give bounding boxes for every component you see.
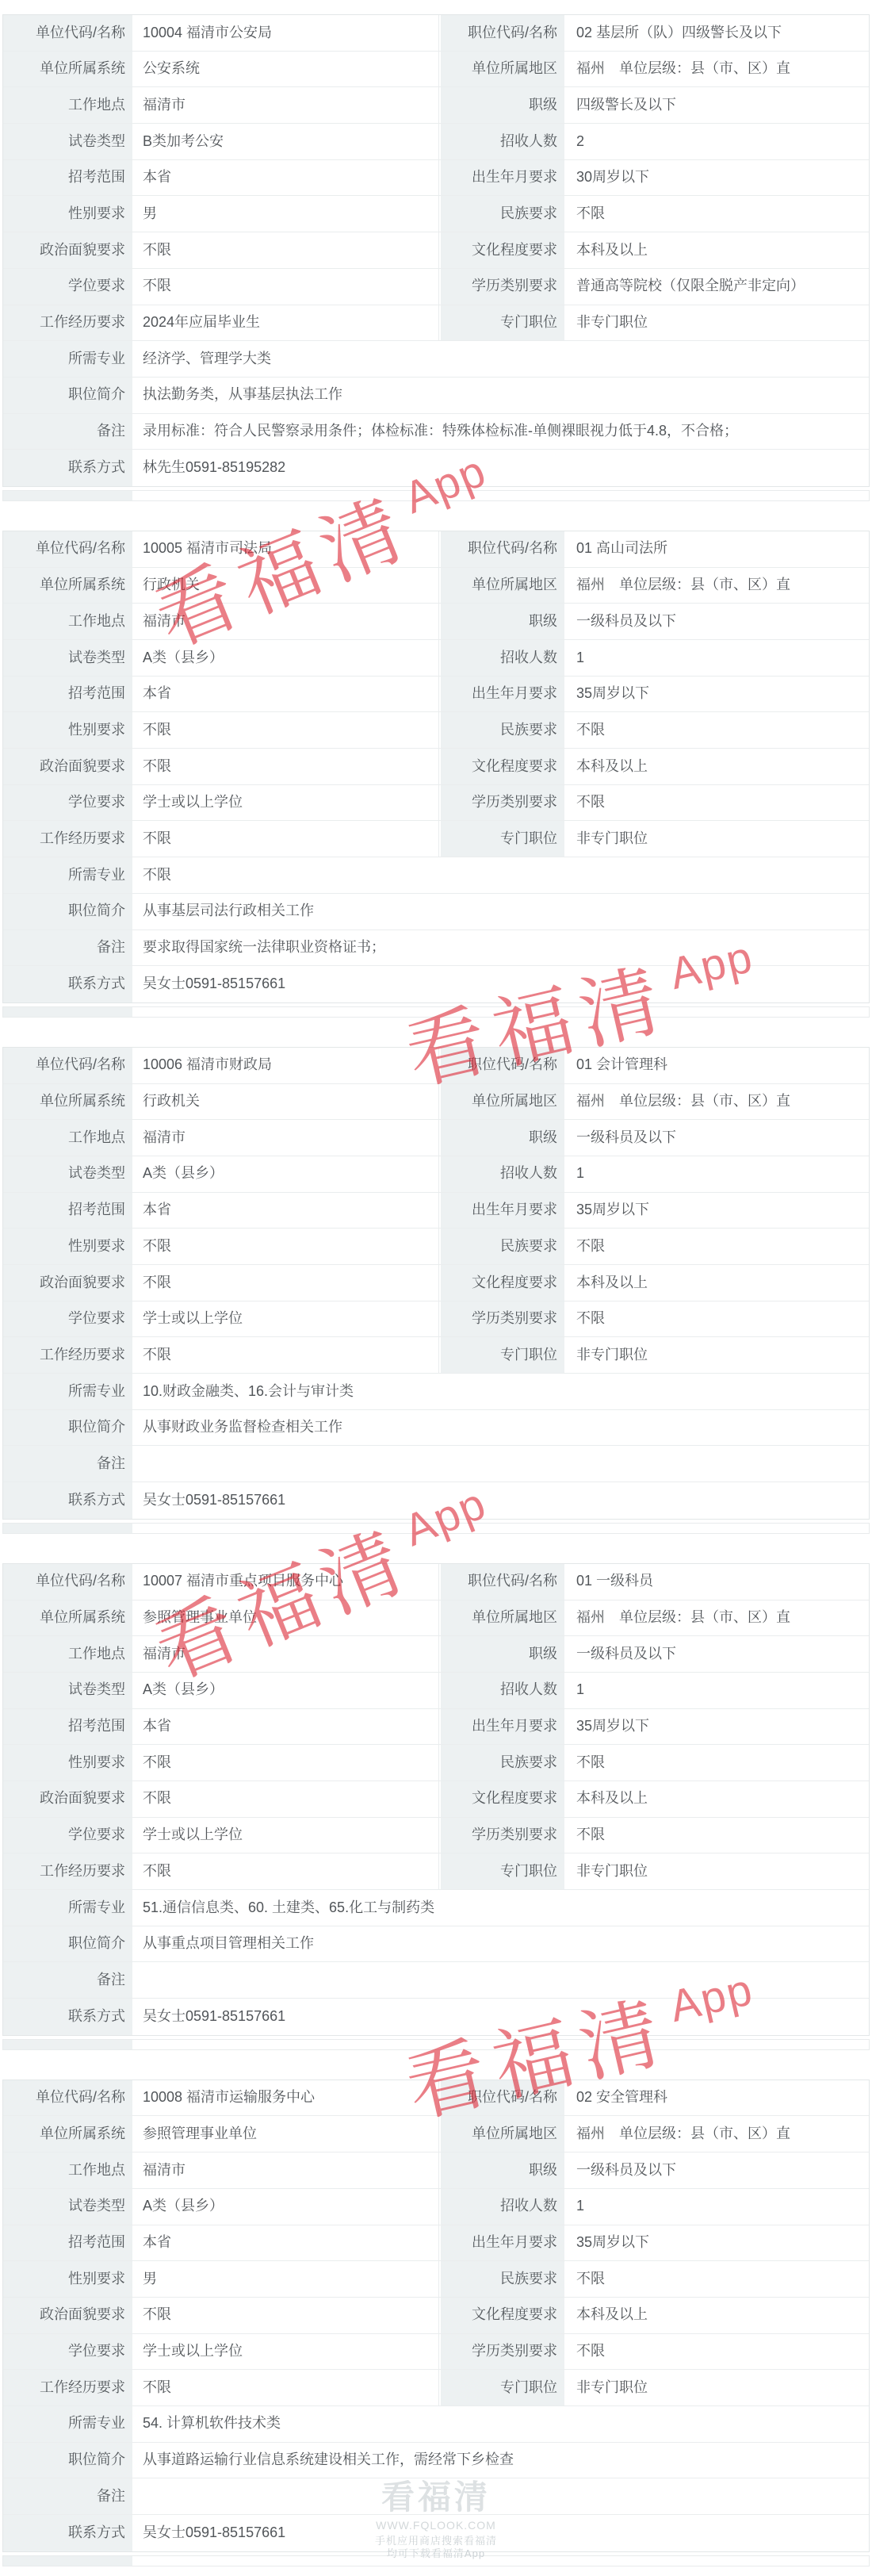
field-label-ethnic_req: 民族要求 [439, 1745, 566, 1781]
field-label-recruit_scope: 招考范围 [3, 2225, 132, 2261]
field-value-position_code: 01 高山司法所 [566, 531, 869, 567]
table-footer-strip [2, 1006, 870, 1018]
field-value-edu_category_req: 普通高等院校（仅限全脱产非定向） [566, 269, 869, 305]
field-label-education_req: 文化程度要求 [439, 232, 566, 268]
field-label-exam_type: 试卷类型 [3, 1156, 132, 1192]
table-row: 性别要求男民族要求不限 [3, 196, 869, 232]
field-label-exam_type: 试卷类型 [3, 2189, 132, 2225]
field-label-political_req: 政治面貌要求 [3, 232, 132, 268]
field-value-ethnic_req: 不限 [566, 1229, 869, 1264]
field-value-degree_req: 学士或以上学位 [132, 785, 439, 821]
table-footer-strip-label-cell [3, 1007, 132, 1017]
table-row: 单位代码/名称10007 福清市重点项目服务中心职位代码/名称01 一级科员 [3, 1564, 869, 1600]
field-label-contact: 联系方式 [3, 966, 132, 1002]
field-value-special_position: 非专门职位 [566, 305, 869, 341]
field-value-work_location: 福清市 [132, 1120, 439, 1156]
field-value-major_req: 54. 计算机软件技术类 [132, 2406, 869, 2442]
field-label-major_req: 所需专业 [3, 857, 132, 893]
table-row: 所需专业10.财政金融类、16.会计与审计类 [3, 1374, 869, 1410]
table-row: 单位代码/名称10004 福清市公安局职位代码/名称02 基层所（队）四级警长及… [3, 15, 869, 52]
field-label-unit_region: 单位所属地区 [439, 52, 566, 87]
table-row: 联系方式吴女士0591-85157661 [3, 1482, 869, 1519]
field-label-birth_req: 出生年月要求 [439, 1193, 566, 1229]
field-label-ethnic_req: 民族要求 [439, 196, 566, 232]
table-row: 所需专业51.通信信息类、60. 土建类、65.化工与制药类 [3, 1890, 869, 1926]
field-label-job_desc: 职位简介 [3, 1926, 132, 1962]
field-value-birth_req: 35周岁以下 [566, 1193, 869, 1229]
field-label-unit_system: 单位所属系统 [3, 1084, 132, 1120]
field-label-major_req: 所需专业 [3, 341, 132, 377]
field-value-remarks: 录用标准：符合人民警察录用条件；体检标准：特殊体检标准-单侧裸眼视力低于4.8，… [132, 414, 869, 450]
field-label-recruit_scope: 招考范围 [3, 677, 132, 712]
table-row: 单位代码/名称10005 福清市司法局职位代码/名称01 高山司法所 [3, 531, 869, 568]
table-row: 招考范围本省出生年月要求35周岁以下 [3, 2225, 869, 2262]
table-row: 备注 [3, 2478, 869, 2515]
table-row: 单位所属系统参照管理事业单位单位所属地区福州 单位层级：县（市、区）直 [3, 1600, 869, 1637]
table-row: 性别要求不限民族要求不限 [3, 1229, 869, 1265]
field-value-major_req: 10.财政金融类、16.会计与审计类 [132, 1374, 869, 1409]
field-label-exam_type: 试卷类型 [3, 124, 132, 159]
table-row: 性别要求男民族要求不限 [3, 2261, 869, 2298]
field-value-gender_req: 不限 [132, 1229, 439, 1264]
table-footer-strip [2, 2555, 870, 2566]
table-row: 联系方式林先生0591-85195282 [3, 450, 869, 486]
field-label-contact: 联系方式 [3, 450, 132, 486]
field-value-exam_type: A类（县乡） [132, 2189, 439, 2225]
field-label-unit_code: 单位代码/名称 [3, 2080, 132, 2116]
table-row: 招考范围本省出生年月要求35周岁以下 [3, 1193, 869, 1229]
field-label-unit_system: 单位所属系统 [3, 52, 132, 87]
field-label-work_exp_req: 工作经历要求 [3, 305, 132, 341]
table-row: 试卷类型A类（县乡）招收人数1 [3, 2189, 869, 2225]
field-value-education_req: 本科及以上 [566, 1265, 869, 1301]
field-value-edu_category_req: 不限 [566, 785, 869, 821]
field-value-work_exp_req: 不限 [132, 2370, 439, 2405]
table-footer-strip [2, 1523, 870, 1534]
field-value-education_req: 本科及以上 [566, 232, 869, 268]
table-row: 工作地点福清市职级一级科员及以下 [3, 2152, 869, 2189]
field-label-position_code: 职位代码/名称 [439, 2080, 566, 2116]
field-label-recruit_scope: 招考范围 [3, 1709, 132, 1745]
field-value-degree_req: 学士或以上学位 [132, 1301, 439, 1337]
field-label-gender_req: 性别要求 [3, 712, 132, 748]
field-label-job_desc: 职位简介 [3, 2443, 132, 2478]
field-value-rank: 一级科员及以下 [566, 1636, 869, 1672]
field-label-contact: 联系方式 [3, 1482, 132, 1519]
field-label-work_exp_req: 工作经历要求 [3, 1853, 132, 1889]
field-label-edu_category_req: 学历类别要求 [439, 269, 566, 305]
table-row: 工作经历要求2024年应届毕业生专门职位非专门职位 [3, 305, 869, 342]
field-value-unit_code: 10007 福清市重点项目服务中心 [132, 1564, 439, 1600]
field-value-recruit_scope: 本省 [132, 677, 439, 712]
field-label-ethnic_req: 民族要求 [439, 1229, 566, 1264]
table-row: 学位要求不限学历类别要求普通高等院校（仅限全脱产非定向） [3, 269, 869, 305]
table-row: 联系方式吴女士0591-85157661 [3, 1999, 869, 2035]
field-value-unit_code: 10008 福清市运输服务中心 [132, 2080, 439, 2116]
field-label-degree_req: 学位要求 [3, 785, 132, 821]
table-footer-strip [2, 490, 870, 501]
table-row: 学位要求学士或以上学位学历类别要求不限 [3, 2334, 869, 2371]
field-label-work_location: 工作地点 [3, 1120, 132, 1156]
table-row: 单位所属系统行政机关单位所属地区福州 单位层级：县（市、区）直 [3, 1084, 869, 1121]
field-label-major_req: 所需专业 [3, 1374, 132, 1409]
field-label-recruit_count: 招收人数 [439, 1673, 566, 1708]
table-row: 单位代码/名称10008 福清市运输服务中心职位代码/名称02 安全管理科 [3, 2080, 869, 2117]
table-row: 工作经历要求不限专门职位非专门职位 [3, 2370, 869, 2406]
field-label-edu_category_req: 学历类别要求 [439, 1818, 566, 1853]
field-label-rank: 职级 [439, 604, 566, 639]
field-label-degree_req: 学位要求 [3, 1818, 132, 1853]
table-row: 职位简介从事基层司法行政相关工作 [3, 894, 869, 930]
table-row: 职位简介从事道路运输行业信息系统建设相关工作，需经常下乡检查 [3, 2443, 869, 2479]
table-row: 招考范围本省出生年月要求30周岁以下 [3, 160, 869, 197]
field-value-political_req: 不限 [132, 1265, 439, 1301]
field-value-work_exp_req: 2024年应届毕业生 [132, 305, 439, 341]
field-value-position_code: 01 一级科员 [566, 1564, 869, 1600]
field-value-contact: 林先生0591-85195282 [132, 450, 869, 486]
table-row: 备注录用标准：符合人民警察录用条件；体检标准：特殊体检标准-单侧裸眼视力低于4.… [3, 414, 869, 450]
table-row: 招考范围本省出生年月要求35周岁以下 [3, 1709, 869, 1746]
table-footer-strip-label-cell [3, 1524, 132, 1533]
field-value-major_req: 不限 [132, 857, 869, 893]
field-value-work_location: 福清市 [132, 1636, 439, 1672]
field-label-birth_req: 出生年月要求 [439, 160, 566, 196]
field-label-recruit_count: 招收人数 [439, 1156, 566, 1192]
field-label-political_req: 政治面貌要求 [3, 1781, 132, 1817]
field-value-gender_req: 男 [132, 2261, 439, 2297]
field-label-special_position: 专门职位 [439, 1853, 566, 1889]
field-value-special_position: 非专门职位 [566, 2370, 869, 2405]
field-value-unit_system: 参照管理事业单位 [132, 2116, 439, 2152]
field-label-degree_req: 学位要求 [3, 2334, 132, 2370]
field-value-unit_region: 福州 单位层级：县（市、区）直 [566, 1084, 869, 1120]
field-value-gender_req: 不限 [132, 712, 439, 748]
field-value-remarks: 要求取得国家统一法律职业资格证书； [132, 930, 869, 966]
table-row: 职位简介从事重点项目管理相关工作 [3, 1926, 869, 1963]
field-label-major_req: 所需专业 [3, 2406, 132, 2442]
field-label-recruit_scope: 招考范围 [3, 1193, 132, 1229]
field-label-birth_req: 出生年月要求 [439, 2225, 566, 2261]
field-label-rank: 职级 [439, 87, 566, 123]
field-label-position_code: 职位代码/名称 [439, 531, 566, 567]
field-value-unit_code: 10006 福清市财政局 [132, 1048, 439, 1083]
field-value-political_req: 不限 [132, 232, 439, 268]
field-label-unit_code: 单位代码/名称 [3, 531, 132, 567]
field-value-position_code: 02 基层所（队）四级警长及以下 [566, 15, 869, 51]
field-label-work_location: 工作地点 [3, 2152, 132, 2188]
field-label-work_exp_req: 工作经历要求 [3, 1337, 132, 1373]
field-value-birth_req: 35周岁以下 [566, 677, 869, 712]
table-row: 工作地点福清市职级一级科员及以下 [3, 1120, 869, 1156]
field-label-birth_req: 出生年月要求 [439, 1709, 566, 1745]
table-row: 所需专业不限 [3, 857, 869, 894]
field-label-special_position: 专门职位 [439, 821, 566, 857]
field-value-remarks [132, 1962, 869, 1998]
field-label-education_req: 文化程度要求 [439, 2298, 566, 2333]
field-label-remarks: 备注 [3, 1446, 132, 1482]
field-value-rank: 四级警长及以下 [566, 87, 869, 123]
field-label-contact: 联系方式 [3, 1999, 132, 2035]
field-value-special_position: 非专门职位 [566, 1853, 869, 1889]
field-label-job_desc: 职位简介 [3, 378, 132, 413]
table-row: 性别要求不限民族要求不限 [3, 712, 869, 749]
field-label-birth_req: 出生年月要求 [439, 677, 566, 712]
field-value-unit_system: 参照管理事业单位 [132, 1600, 439, 1636]
field-value-work_location: 福清市 [132, 87, 439, 123]
field-label-major_req: 所需专业 [3, 1890, 132, 1926]
field-label-unit_code: 单位代码/名称 [3, 1564, 132, 1600]
field-value-political_req: 不限 [132, 1781, 439, 1817]
field-value-gender_req: 不限 [132, 1745, 439, 1781]
field-label-unit_code: 单位代码/名称 [3, 1048, 132, 1083]
field-value-ethnic_req: 不限 [566, 1745, 869, 1781]
table-row: 学位要求学士或以上学位学历类别要求不限 [3, 785, 869, 822]
field-label-ethnic_req: 民族要求 [439, 2261, 566, 2297]
field-label-special_position: 专门职位 [439, 2370, 566, 2405]
field-label-gender_req: 性别要求 [3, 2261, 132, 2297]
field-value-contact: 吴女士0591-85157661 [132, 966, 869, 1002]
field-value-rank: 一级科员及以下 [566, 604, 869, 639]
field-label-work_location: 工作地点 [3, 87, 132, 123]
field-label-education_req: 文化程度要求 [439, 749, 566, 784]
field-value-work_location: 福清市 [132, 2152, 439, 2188]
field-value-birth_req: 35周岁以下 [566, 2225, 869, 2261]
field-label-degree_req: 学位要求 [3, 269, 132, 305]
table-row: 单位代码/名称10006 福清市财政局职位代码/名称01 会计管理科 [3, 1048, 869, 1084]
table-row: 工作地点福清市职级一级科员及以下 [3, 1636, 869, 1673]
field-label-job_desc: 职位简介 [3, 1410, 132, 1446]
field-label-ethnic_req: 民族要求 [439, 712, 566, 748]
field-value-edu_category_req: 不限 [566, 1301, 869, 1337]
field-label-rank: 职级 [439, 1636, 566, 1672]
field-value-remarks [132, 2478, 869, 2514]
field-value-contact: 吴女士0591-85157661 [132, 1999, 869, 2035]
field-value-recruit_count: 2 [566, 124, 869, 159]
field-value-special_position: 非专门职位 [566, 821, 869, 857]
job-table-10004: 单位代码/名称10004 福清市公安局职位代码/名称02 基层所（队）四级警长及… [2, 14, 870, 487]
field-value-work_location: 福清市 [132, 604, 439, 639]
field-value-recruit_scope: 本省 [132, 1193, 439, 1229]
field-label-unit_region: 单位所属地区 [439, 1084, 566, 1120]
field-value-degree_req: 学士或以上学位 [132, 2334, 439, 2370]
field-value-degree_req: 学士或以上学位 [132, 1818, 439, 1853]
field-value-political_req: 不限 [132, 2298, 439, 2333]
field-value-unit_region: 福州 单位层级：县（市、区）直 [566, 2116, 869, 2152]
table-row: 试卷类型A类（县乡）招收人数1 [3, 1673, 869, 1709]
field-label-work_exp_req: 工作经历要求 [3, 821, 132, 857]
field-value-special_position: 非专门职位 [566, 1337, 869, 1373]
field-label-gender_req: 性别要求 [3, 196, 132, 232]
field-label-remarks: 备注 [3, 2478, 132, 2514]
field-value-contact: 吴女士0591-85157661 [132, 1482, 869, 1519]
field-value-unit_code: 10005 福清市司法局 [132, 531, 439, 567]
field-value-exam_type: A类（县乡） [132, 640, 439, 676]
table-row: 备注 [3, 1446, 869, 1482]
field-value-major_req: 经济学、管理学大类 [132, 341, 869, 377]
field-value-recruit_scope: 本省 [132, 2225, 439, 2261]
field-value-unit_code: 10004 福清市公安局 [132, 15, 439, 51]
field-value-exam_type: A类（县乡） [132, 1156, 439, 1192]
table-row: 备注 [3, 1962, 869, 1999]
field-value-edu_category_req: 不限 [566, 2334, 869, 2370]
field-value-degree_req: 不限 [132, 269, 439, 305]
field-label-unit_region: 单位所属地区 [439, 568, 566, 604]
field-value-position_code: 01 会计管理科 [566, 1048, 869, 1083]
table-footer-strip-label-cell [3, 491, 132, 500]
field-label-remarks: 备注 [3, 1962, 132, 1998]
field-label-edu_category_req: 学历类别要求 [439, 2334, 566, 2370]
table-row: 试卷类型A类（县乡）招收人数1 [3, 640, 869, 677]
field-label-rank: 职级 [439, 1120, 566, 1156]
field-label-education_req: 文化程度要求 [439, 1781, 566, 1817]
field-label-exam_type: 试卷类型 [3, 640, 132, 676]
field-value-work_exp_req: 不限 [132, 821, 439, 857]
field-value-contact: 吴女士0591-85157661 [132, 2515, 869, 2551]
tables-root: 单位代码/名称10004 福清市公安局职位代码/名称02 基层所（队）四级警长及… [0, 14, 872, 2566]
field-value-recruit_count: 1 [566, 1673, 869, 1708]
field-label-unit_region: 单位所属地区 [439, 1600, 566, 1636]
field-value-job_desc: 从事财政业务监督检查相关工作 [132, 1410, 869, 1446]
field-label-remarks: 备注 [3, 930, 132, 966]
field-label-recruit_count: 招收人数 [439, 640, 566, 676]
field-label-edu_category_req: 学历类别要求 [439, 1301, 566, 1337]
table-row: 所需专业54. 计算机软件技术类 [3, 2406, 869, 2443]
field-label-position_code: 职位代码/名称 [439, 1564, 566, 1600]
field-label-gender_req: 性别要求 [3, 1229, 132, 1264]
table-footer-strip [2, 2039, 870, 2050]
table-footer-strip-label-cell [3, 2040, 132, 2049]
table-row: 政治面貌要求不限文化程度要求本科及以上 [3, 1781, 869, 1818]
field-value-exam_type: B类加考公安 [132, 124, 439, 159]
table-row: 职位简介从事财政业务监督检查相关工作 [3, 1410, 869, 1447]
table-row: 政治面貌要求不限文化程度要求本科及以上 [3, 232, 869, 269]
field-label-unit_region: 单位所属地区 [439, 2116, 566, 2152]
table-row: 工作地点福清市职级四级警长及以下 [3, 87, 869, 124]
table-row: 试卷类型A类（县乡）招收人数1 [3, 1156, 869, 1193]
field-label-degree_req: 学位要求 [3, 1301, 132, 1337]
field-value-recruit_count: 1 [566, 1156, 869, 1192]
field-value-job_desc: 执法勤务类，从事基层执法工作 [132, 378, 869, 413]
field-label-political_req: 政治面貌要求 [3, 749, 132, 784]
field-label-position_code: 职位代码/名称 [439, 1048, 566, 1083]
field-label-work_location: 工作地点 [3, 604, 132, 639]
table-row: 政治面貌要求不限文化程度要求本科及以上 [3, 749, 869, 785]
field-label-unit_system: 单位所属系统 [3, 2116, 132, 2152]
table-footer-strip-label-cell [3, 2556, 132, 2566]
field-label-remarks: 备注 [3, 414, 132, 450]
field-value-recruit_scope: 本省 [132, 160, 439, 196]
field-label-political_req: 政治面貌要求 [3, 1265, 132, 1301]
field-value-unit_region: 福州 单位层级：县（市、区）直 [566, 52, 869, 87]
field-value-ethnic_req: 不限 [566, 712, 869, 748]
table-row: 试卷类型B类加考公安招收人数2 [3, 124, 869, 160]
table-row: 学位要求学士或以上学位学历类别要求不限 [3, 1818, 869, 1854]
job-table-10005: 单位代码/名称10005 福清市司法局职位代码/名称01 高山司法所单位所属系统… [2, 531, 870, 1003]
field-value-rank: 一级科员及以下 [566, 2152, 869, 2188]
field-value-rank: 一级科员及以下 [566, 1120, 869, 1156]
job-table-10007: 单位代码/名称10007 福清市重点项目服务中心职位代码/名称01 一级科员单位… [2, 1563, 870, 2036]
job-listings-page: 单位代码/名称10004 福清市公安局职位代码/名称02 基层所（队）四级警长及… [0, 0, 872, 2576]
table-row: 招考范围本省出生年月要求35周岁以下 [3, 677, 869, 713]
field-label-work_location: 工作地点 [3, 1636, 132, 1672]
field-value-ethnic_req: 不限 [566, 2261, 869, 2297]
field-value-edu_category_req: 不限 [566, 1818, 869, 1853]
field-label-edu_category_req: 学历类别要求 [439, 785, 566, 821]
field-value-work_exp_req: 不限 [132, 1337, 439, 1373]
field-label-recruit_scope: 招考范围 [3, 160, 132, 196]
field-value-major_req: 51.通信信息类、60. 土建类、65.化工与制药类 [132, 1890, 869, 1926]
table-row: 工作经历要求不限专门职位非专门职位 [3, 821, 869, 857]
table-row: 政治面貌要求不限文化程度要求本科及以上 [3, 1265, 869, 1301]
field-value-ethnic_req: 不限 [566, 196, 869, 232]
field-value-unit_region: 福州 单位层级：县（市、区）直 [566, 1600, 869, 1636]
table-row: 学位要求学士或以上学位学历类别要求不限 [3, 1301, 869, 1338]
table-row: 单位所属系统参照管理事业单位单位所属地区福州 单位层级：县（市、区）直 [3, 2116, 869, 2152]
field-value-exam_type: A类（县乡） [132, 1673, 439, 1708]
field-value-education_req: 本科及以上 [566, 1781, 869, 1817]
field-label-rank: 职级 [439, 2152, 566, 2188]
field-value-gender_req: 男 [132, 196, 439, 232]
field-value-political_req: 不限 [132, 749, 439, 784]
field-value-position_code: 02 安全管理科 [566, 2080, 869, 2116]
field-label-contact: 联系方式 [3, 2515, 132, 2551]
field-label-special_position: 专门职位 [439, 305, 566, 341]
field-label-position_code: 职位代码/名称 [439, 15, 566, 51]
field-value-birth_req: 35周岁以下 [566, 1709, 869, 1745]
field-value-unit_system: 行政机关 [132, 568, 439, 604]
table-row: 单位所属系统行政机关单位所属地区福州 单位层级：县（市、区）直 [3, 568, 869, 604]
field-label-recruit_count: 招收人数 [439, 124, 566, 159]
job-table-10006: 单位代码/名称10006 福清市财政局职位代码/名称01 会计管理科单位所属系统… [2, 1047, 870, 1520]
table-row: 联系方式吴女士0591-85157661 [3, 2515, 869, 2551]
job-table-10008: 单位代码/名称10008 福清市运输服务中心职位代码/名称02 安全管理科单位所… [2, 2080, 870, 2552]
field-value-education_req: 本科及以上 [566, 2298, 869, 2333]
field-value-recruit_scope: 本省 [132, 1709, 439, 1745]
field-label-recruit_count: 招收人数 [439, 2189, 566, 2225]
table-row: 性别要求不限民族要求不限 [3, 1745, 869, 1781]
table-row: 政治面貌要求不限文化程度要求本科及以上 [3, 2298, 869, 2334]
field-label-work_exp_req: 工作经历要求 [3, 2370, 132, 2405]
field-label-political_req: 政治面貌要求 [3, 2298, 132, 2333]
field-label-gender_req: 性别要求 [3, 1745, 132, 1781]
field-label-job_desc: 职位简介 [3, 894, 132, 930]
field-value-remarks [132, 1446, 869, 1482]
field-label-unit_code: 单位代码/名称 [3, 15, 132, 51]
table-row: 联系方式吴女士0591-85157661 [3, 966, 869, 1002]
field-value-work_exp_req: 不限 [132, 1853, 439, 1889]
table-row: 工作经历要求不限专门职位非专门职位 [3, 1853, 869, 1890]
table-row: 工作经历要求不限专门职位非专门职位 [3, 1337, 869, 1374]
table-row: 工作地点福清市职级一级科员及以下 [3, 604, 869, 640]
table-row: 所需专业经济学、管理学大类 [3, 341, 869, 378]
table-row: 备注要求取得国家统一法律职业资格证书； [3, 930, 869, 967]
table-row: 职位简介执法勤务类，从事基层执法工作 [3, 378, 869, 414]
field-value-recruit_count: 1 [566, 2189, 869, 2225]
field-value-education_req: 本科及以上 [566, 749, 869, 784]
field-value-birth_req: 30周岁以下 [566, 160, 869, 196]
field-value-unit_system: 公安系统 [132, 52, 439, 87]
field-value-unit_region: 福州 单位层级：县（市、区）直 [566, 568, 869, 604]
field-value-job_desc: 从事重点项目管理相关工作 [132, 1926, 869, 1962]
field-value-recruit_count: 1 [566, 640, 869, 676]
table-row: 单位所属系统公安系统单位所属地区福州 单位层级：县（市、区）直 [3, 52, 869, 88]
field-label-unit_system: 单位所属系统 [3, 1600, 132, 1636]
field-value-unit_system: 行政机关 [132, 1084, 439, 1120]
field-label-education_req: 文化程度要求 [439, 1265, 566, 1301]
field-label-special_position: 专门职位 [439, 1337, 566, 1373]
field-value-job_desc: 从事道路运输行业信息系统建设相关工作，需经常下乡检查 [132, 2443, 869, 2478]
field-label-unit_system: 单位所属系统 [3, 568, 132, 604]
